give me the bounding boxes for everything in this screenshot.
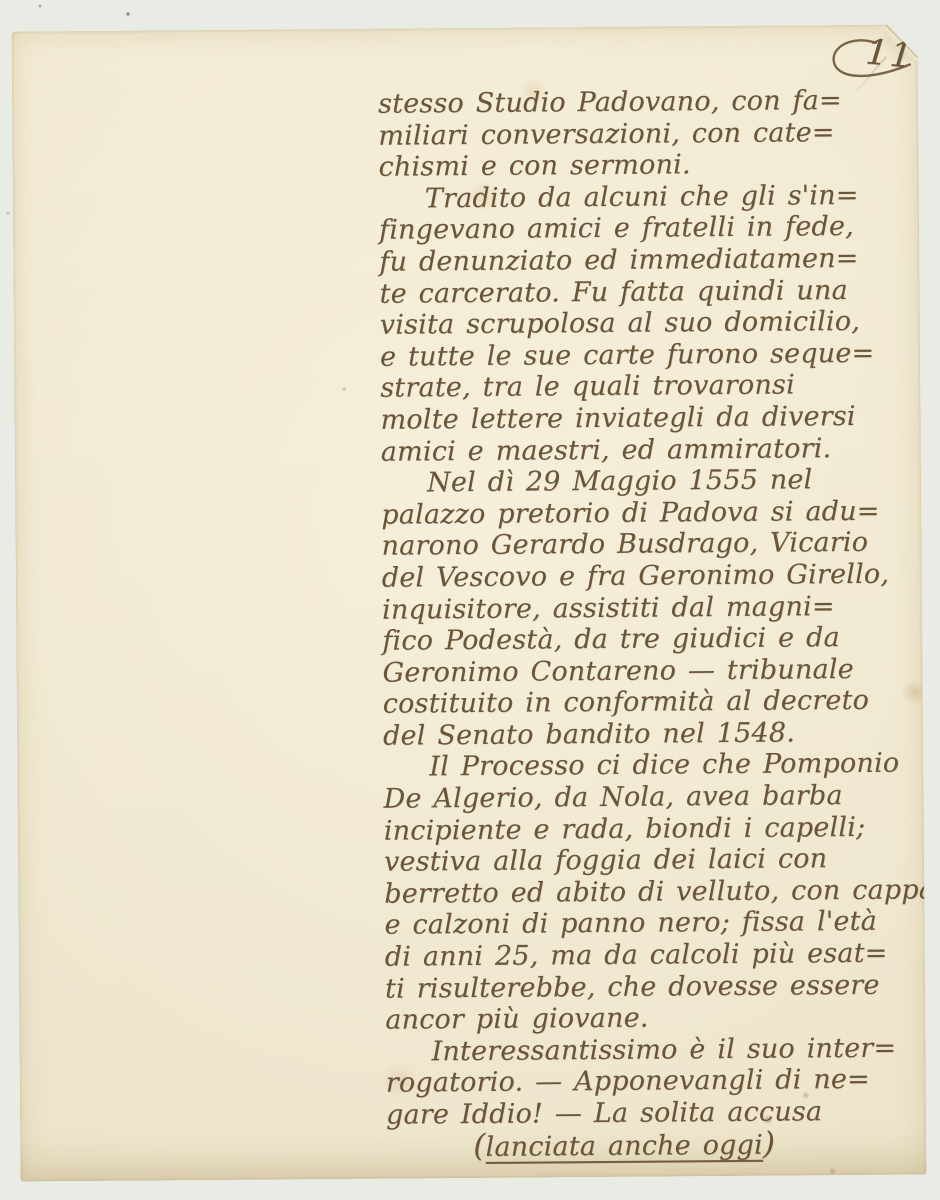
manuscript-line: De Algerio, da Nola, avea barba	[383, 779, 929, 815]
manuscript-line: strate, tra le quali trovaronsi	[380, 369, 926, 405]
manuscript-line: vestiva alla foggia dei laici con	[384, 843, 930, 879]
manuscript-line: ancor più giovane.	[385, 1001, 931, 1037]
manuscript-line: Il Processo ci dice che Pomponio	[383, 748, 929, 784]
closing-underlined-text: lanciata anche oggi	[485, 1129, 763, 1162]
manuscript-line: di anni 25, ma da calcoli più esat=	[385, 937, 931, 973]
manuscript-line: Nel dì 29 Maggio 1555 nel	[381, 464, 927, 500]
manuscript-line: narono Gerardo Busdrago, Vicario	[381, 527, 927, 563]
closing-open-paren: (	[473, 1127, 486, 1163]
manuscript-line: amici e maestri, ed ammiratori.	[381, 432, 927, 468]
manuscript-line: chismi e con sermoni.	[378, 148, 924, 184]
manuscript-line: fico Podestà, da tre giudici e da	[382, 621, 928, 657]
manuscript-page: 11 stesso Studio Padovano, con fa= milia…	[11, 24, 926, 1181]
manuscript-line: incipiente e rada, biondi i capelli;	[384, 811, 930, 847]
manuscript-line: miliari conversazioni, con cate=	[378, 116, 924, 152]
manuscript-line: Tradito da alcuni che gli s'in=	[379, 179, 925, 215]
manuscript-line: te carcerato. Fu fatta quindi una	[379, 274, 925, 310]
page-number: 11	[864, 32, 916, 77]
manuscript-line: del Senato bandito nel 1548.	[383, 716, 929, 752]
manuscript-line: stesso Studio Padovano, con fa=	[378, 84, 924, 120]
manuscript-line: Geronimo Contareno — tribunale	[382, 653, 928, 689]
manuscript-line: del Vescovo e fra Geronimo Girello,	[382, 558, 928, 594]
manuscript-line: ti risulterebbe, che dovesse essere	[385, 969, 931, 1005]
manuscript-line: e calzoni di panno nero; fissa l'età	[384, 906, 930, 942]
manuscript-line: inquisitore, assistiti dal magni=	[382, 590, 928, 626]
manuscript-line: fu denunziato ed immediatamen=	[379, 242, 925, 278]
closing-annotation: (lanciata anche oggi)	[386, 1127, 932, 1163]
manuscript-text: stesso Studio Padovano, con fa= miliari …	[378, 84, 932, 1162]
manuscript-line: gare Iddio! — La solita accusa	[386, 1095, 932, 1131]
manuscript-line: rogatorio. — Apponevangli di ne=	[386, 1064, 932, 1100]
manuscript-line: costituito in conformità al decreto	[383, 685, 929, 721]
manuscript-line: palazzo pretorio di Padova si adu=	[381, 495, 927, 531]
manuscript-line: visita scrupolosa al suo domicilio,	[380, 306, 926, 342]
manuscript-line: berretto ed abito di velluto, con cappa	[384, 874, 930, 910]
manuscript-line: e tutte le sue carte furono seque=	[380, 337, 926, 373]
manuscript-line: Interessantissimo è il suo inter=	[385, 1032, 931, 1068]
manuscript-line: fingevano amici e fratelli in fede,	[379, 211, 925, 247]
closing-close-paren: )	[763, 1125, 776, 1161]
manuscript-line: molte lettere inviategli da diversi	[380, 400, 926, 436]
